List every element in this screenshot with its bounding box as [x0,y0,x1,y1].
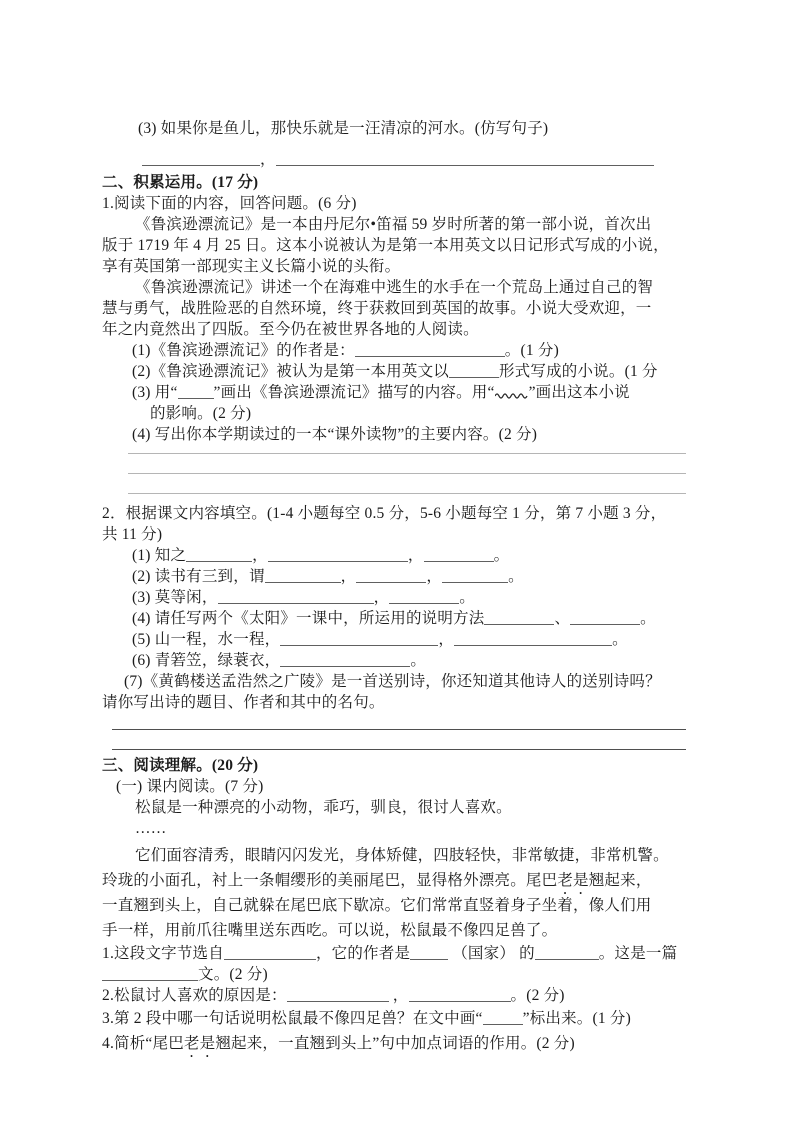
text-run: 1.阅读下面的内容，回答问题。(6 分) [102,195,357,212]
answer-line [112,749,686,750]
blank-underline [389,589,459,604]
text-run: ”画出《鲁滨逊漂流记》描写的内容。用“ [214,384,495,401]
s2-q1-sub3-cont: 的影响。(2 分) [150,403,686,424]
text-run: (5) 山一程，水一程， [132,631,280,648]
text-run: 它们面容清秀，眼睛闪闪发光，身体矫健，四肢轻快，非常敏捷，非常机警。 [135,847,669,864]
text-run: 玲珑的小面孔，衬上一条帽缨形的美丽尾巴，显得格外漂亮。尾巴 [102,872,557,889]
text-run: 慧与勇气，战胜险恶的自然环境，终于获救回到英国的故事。小说大受欢迎，一 [102,300,652,317]
text-run: （国家） 的 [448,945,535,962]
text-run: 2．根据课文内容填空。(1-4 小题每空 0.5 分，5-6 小题每空 1 分，… [102,505,666,522]
robinson-passage-line-4: 《鲁滨逊漂流记》讲述一个在海难中逃生的水手在一个荒岛上通过自己的智 [135,277,686,298]
section3-heading: 三、阅读理解。(20 分) [102,755,686,776]
text-run: (2)《鲁滨逊漂流记》被认为是第一本用英文以 [132,363,449,380]
blank-underline [186,547,252,562]
text-run: (4) 写出你本学期读过的一本“课外读物”的主要内容。(2 分) [132,426,537,443]
section2-heading: 二、积累运用。(17 分) [102,172,686,193]
blank-underline [142,151,260,166]
text-run: 共 11 分) [102,526,162,543]
text-run: 。(1 分) [505,342,559,359]
text-run: 。 [410,652,426,669]
text-run: 形式写成的小说。(1 分 [499,363,658,380]
text-run: 请你写出诗的题目、作者和其中的名句。 [102,694,385,711]
s2-q2-sub7-cont: 请你写出诗的题目、作者和其中的名句。 [102,692,686,713]
answer-line [112,729,686,730]
robinson-passage-line-6: 年之内竟然出了四版。至今仍在被世界各地的人阅读。 [102,319,686,340]
text-run: (6) 青箬笠，绿蓑衣， [132,652,280,669]
s2-q1-sub2: (2)《鲁滨逊漂流记》被认为是第一本用英文以形式写成的小说。(1 分 [132,361,686,382]
blank-underline [424,547,494,562]
text-run: 版于 1719 年 4 月 25 日。这本小说被认为是第一本用英文以日记形式写成… [102,237,669,254]
text-run: (1) 知之 [132,547,186,564]
s3-q2: 2.松鼠讨人喜欢的原因是： ，。(2 分) [102,985,686,1006]
blank-underline [276,151,654,166]
blank-underline [280,631,438,646]
text-run: 《鲁滨逊漂流记》是一本由丹尼尔•笛福 59 岁时所著的第一部小说，首次出 [135,216,651,233]
text-run: (3) 如果你是鱼儿，那快乐就是一汪清凉的河水。(仿写句子) [138,120,548,137]
text-run: ， [374,589,390,606]
text-run: 、 [554,610,570,627]
squirrel-passage-ellipsis: …… [135,818,686,839]
s3-q1: 1.这段文字节选自，它的作者是 （国家） 的。这是一篇 [102,943,686,964]
robinson-passage-line-1: 《鲁滨逊漂流记》是一本由丹尼尔•笛福 59 岁时所著的第一部小说，首次出 [135,214,686,235]
squirrel-passage-line-5: 手一样，用前爪往嘴里送东西吃。可以说，松鼠最不像四足兽了。 [102,918,686,943]
blank-underline [410,945,448,960]
text-run: ”标出来。(1 分) [523,1010,631,1027]
s3-q1-cont: 文。(2 分) [102,964,686,985]
text-run: 二、积累运用。(17 分) [102,174,258,191]
text-run: 2.松鼠讨人喜欢的原因是： [102,987,287,1004]
text-run: ，它的作者是 [316,945,410,962]
answer-line [128,473,686,474]
s2-q1-sub3: (3) 用“”画出《鲁滨逊漂流记》描写的内容。用“”画出这本小说 [132,382,686,403]
text-run: 《鲁滨逊漂流记》讲述一个在海难中逃生的水手在一个荒岛上通过自己的智 [135,279,653,296]
text-run: 。 [494,547,510,564]
s3-q3: 3.第 2 段中哪一句话说明松鼠最不像四足兽？在文中画“”标出来。(1 分) [102,1006,686,1031]
text-run: ， [260,151,276,168]
s2-q2-sub2: (2) 读书有三到，谓，，。 [132,566,686,587]
document-body: (3) 如果你是鱼儿，那快乐就是一汪清凉的河水。(仿写句子)，二、积累运用。(1… [102,118,686,1056]
robinson-passage-line-3: 享有英国第一部现实主义长篇小说的头衔。 [102,256,686,277]
squirrel-passage-line-3: 玲珑的小面孔，衬上一条帽缨形的美丽尾巴，显得格外漂亮。尾巴老是翘起来， [102,868,686,893]
text-run: 手一样，用前爪往嘴里送东西吃。可以说，松鼠最不像四足兽了。 [102,922,557,939]
text-run: 一直翘到头上，自己就躲在尾巴底下歇凉。它们常常直竖着身子坐着，像人们用 [102,897,652,914]
q3-mimic-sentence: (3) 如果你是鱼儿，那快乐就是一汪清凉的河水。(仿写句子) [138,118,686,139]
text-run: 4.简析“尾巴 [102,1035,184,1052]
blank-underline [442,568,508,583]
s2-q2-title: 2．根据课文内容填空。(1-4 小题每空 0.5 分，5-6 小题每空 1 分，… [102,503,686,524]
emphasis-dotted-text: 老是 [557,872,588,889]
s2-q2-sub7: (7)《黄鹤楼送孟浩然之广陵》是一首送别诗，你还知道其他诗人的送别诗吗？ [124,671,686,692]
text-run: 。 [612,631,628,648]
text-run: 文。(2 分) [198,966,268,983]
exam-page: (3) 如果你是鱼儿，那快乐就是一汪清凉的河水。(仿写句子)，二、积累运用。(1… [0,0,793,1122]
blank-underline [218,589,374,604]
emphasis-dotted-text: 老是 [184,1035,215,1052]
answer-line [128,493,686,494]
text-run: ， [389,987,409,1004]
s2-q2-sub6: (6) 青箬笠，绿蓑衣，。 [132,650,686,671]
squirrel-passage-line-2: 它们面容清秀，眼睛闪闪发光，身体矫健，四肢轻快，非常敏捷，非常机警。 [135,843,686,868]
s3-q4: 4.简析“尾巴老是翘起来，一直翘到头上”句中加点词语的作用。(2 分) [102,1031,686,1056]
blank-underline [409,987,511,1002]
blank-underline [178,384,214,399]
text-run: 的影响。(2 分) [150,405,251,422]
s2-q1-sub1: (1)《鲁滨逊漂流记》的作者是：。(1 分) [132,340,686,361]
answer-line [128,453,686,454]
text-run: ， [426,568,442,585]
text-run: 翘起来， [589,872,652,889]
s3-part1-title: (一) 课内阅读。(7 分) [116,776,686,797]
s2-q2-sub1: (1) 知之，，。 [132,545,686,566]
q3-answer-blanks: ， [142,149,686,170]
text-run: 三、阅读理解。(20 分) [102,757,258,774]
text-run: 。 [640,610,656,627]
text-run: …… [135,820,166,837]
text-run: (3) 莫等闲， [132,589,218,606]
s2-q1-sub4: (4) 写出你本学期读过的一本“课外读物”的主要内容。(2 分) [132,424,686,445]
text-run: 年之内竟然出了四版。至今仍在被世界各地的人阅读。 [102,321,479,338]
text-run: ， [408,547,424,564]
s2-q1-title: 1.阅读下面的内容，回答问题。(6 分) [102,193,686,214]
text-run: 。(2 分) [511,987,565,1004]
blank-underline [287,987,389,1002]
blank-underline [449,363,499,378]
text-run: 。 [508,568,524,585]
s2-q2-sub5: (5) 山一程，水一程，，。 [132,629,686,650]
s2-q2-sub3: (3) 莫等闲，，。 [132,587,686,608]
text-run: 。这是一篇 [599,945,678,962]
text-run: (3) 用“ [132,384,178,401]
blank-underline [265,568,341,583]
blank-underline [224,945,316,960]
text-run: 1.这段文字节选自 [102,945,224,962]
squirrel-passage-line-1: 松鼠是一种漂亮的小动物，乖巧，驯良，很讨人喜欢。 [135,797,686,818]
text-run: (2) 读书有三到，谓 [132,568,265,585]
squirrel-passage-line-4: 一直翘到头上，自己就躲在尾巴底下歇凉。它们常常直竖着身子坐着，像人们用 [102,893,686,918]
blank-underline [570,610,640,625]
blank-underline [280,652,410,667]
blank-underline [356,568,426,583]
text-run: 松鼠是一种漂亮的小动物，乖巧，驯良，很讨人喜欢。 [135,799,512,816]
blank-underline [484,610,554,625]
text-run: (一) 课内阅读。(7 分) [116,778,263,795]
text-run: (1)《鲁滨逊漂流记》的作者是： [132,342,355,359]
blank-underline [102,966,198,981]
robinson-passage-line-2: 版于 1719 年 4 月 25 日。这本小说被认为是第一本用英文以日记形式写成… [102,235,686,256]
text-run: (4) 请任写两个《太阳》一课中，所运用的说明方法 [132,610,484,627]
text-run: ， [438,631,454,648]
text-run: ”画出这本小说 [529,384,630,401]
text-run: (7)《黄鹤楼送孟浩然之广陵》是一首送别诗，你还知道其他诗人的送别诗吗？ [124,673,661,690]
text-run: 3.第 2 段中哪一句话说明松鼠最不像四足兽？在文中画“ [102,1010,483,1027]
text-run: 享有英国第一部现实主义长篇小说的头衔。 [102,258,400,275]
text-run: ， [252,547,268,564]
wavy-underline-mark [495,382,529,403]
s2-q2-title-cont: 共 11 分) [102,524,686,545]
blank-underline [268,547,408,562]
text-run: ， [341,568,357,585]
s2-q2-sub4: (4) 请任写两个《太阳》一课中，所运用的说明方法、。 [132,608,686,629]
blank-underline [535,945,599,960]
blank-underline [454,631,612,646]
text-run: 翘起来，一直翘到头上”句中加点词语的作用。(2 分) [215,1035,575,1052]
robinson-passage-line-5: 慧与勇气，战胜险恶的自然环境，终于获救回到英国的故事。小说大受欢迎，一 [102,298,686,319]
blank-underline [483,1010,523,1025]
blank-underline [355,342,505,357]
text-run: 。 [459,589,475,606]
